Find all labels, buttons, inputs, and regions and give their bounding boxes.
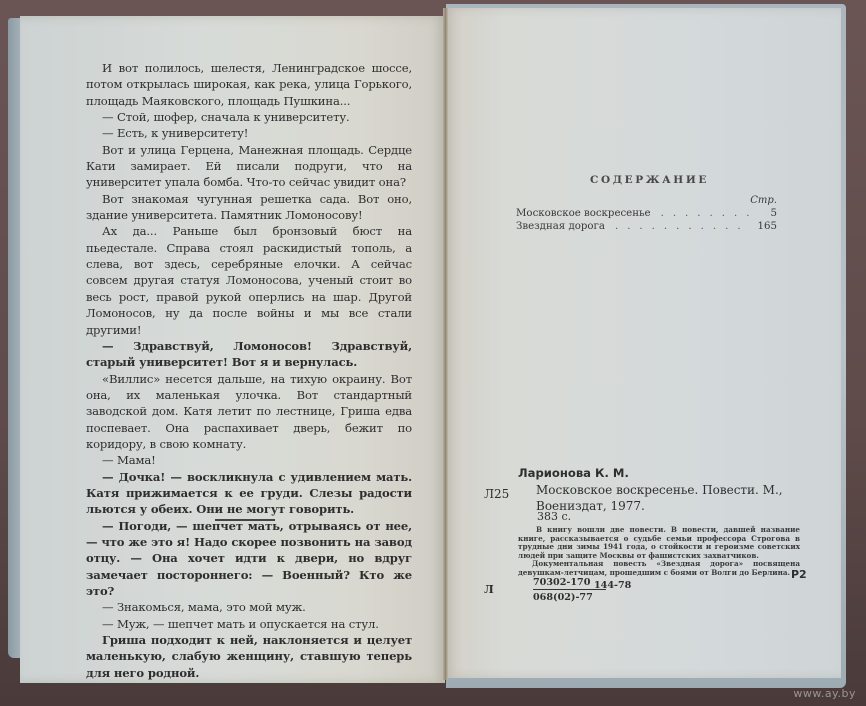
story-paragraph: — Здравствуй, Ломоносов! Здравствуй, ста… bbox=[86, 338, 412, 371]
toc-entry-leader: ........ bbox=[651, 208, 767, 221]
story-paragraph: — Есть, к университету! bbox=[86, 125, 412, 141]
story-paragraph: — Стой, шофер, сначала к университету. bbox=[86, 109, 412, 125]
toc-title: СОДЕРЖАНИЕ bbox=[522, 174, 777, 186]
toc-entry: Звездная дорога ........... 165 bbox=[516, 221, 777, 234]
toc-entry-title: Звездная дорога bbox=[516, 221, 605, 234]
story-text-block: И вот полилось, шелестя, Ленинградское ш… bbox=[86, 60, 412, 681]
annotation: В книгу вошли две повести. В повести, да… bbox=[518, 526, 800, 578]
table-of-contents: СОДЕРЖАНИЕ Стр. Московское воскресенье .… bbox=[516, 170, 777, 233]
toc-page-label: Стр. bbox=[516, 195, 777, 206]
book-spine-gutter bbox=[443, 8, 448, 680]
chapter-end-rule bbox=[215, 519, 275, 521]
toc-entry-page: 165 bbox=[758, 221, 777, 234]
fraction-denominator: 068(02)-77 bbox=[533, 590, 606, 603]
site-watermark: www.ay.by bbox=[793, 687, 856, 700]
toc-entry: Московское воскресенье ........ 5 bbox=[516, 208, 777, 221]
story-paragraph: И вот полилось, шелестя, Ленинградское ш… bbox=[86, 60, 412, 109]
fraction-suffix: 144-78 bbox=[594, 580, 631, 591]
story-paragraph: — Мама! bbox=[86, 452, 412, 468]
story-paragraph: Гриша подходит к ней, наклоняется и целу… bbox=[86, 632, 412, 681]
toc-entry-leader: ........... bbox=[605, 221, 754, 234]
annotation-paragraph: Документальная повесть «Звездная дорога»… bbox=[518, 560, 800, 577]
story-paragraph: — Знакомься, мама, это мой муж. bbox=[86, 599, 412, 615]
annotation-paragraph: В книгу вошли две повести. В повести, да… bbox=[518, 526, 800, 560]
story-paragraph: — Муж, — шепчет мать и опускается на сту… bbox=[86, 616, 412, 632]
story-paragraph: Ах да... Раньше был бронзовый бюст на пь… bbox=[86, 223, 412, 337]
story-paragraph: Вот знакомая чугунная решетка сада. Вот … bbox=[86, 191, 412, 224]
classification-code: Р2 bbox=[791, 568, 807, 581]
toc-entry-title: Московское воскресенье bbox=[516, 208, 651, 221]
book-title-line: Московское воскресенье. Повести. М., Вое… bbox=[536, 482, 798, 514]
author-name: Ларионова К. М. bbox=[518, 466, 629, 480]
index-letter: Л bbox=[484, 583, 494, 596]
library-code: Л25 bbox=[484, 487, 509, 501]
story-paragraph: Вот и улица Герцена, Манежная площадь. С… bbox=[86, 142, 412, 191]
story-paragraph: — Дочка! — воскликнула с удивлением мать… bbox=[86, 469, 412, 518]
story-paragraph: «Виллис» несется дальше, на тихую окраин… bbox=[86, 371, 412, 453]
toc-entry-page: 5 bbox=[771, 208, 777, 221]
story-paragraph: — Погоди, — шепчет мать, отрываясь от не… bbox=[86, 518, 412, 600]
page-count: 383 с. bbox=[537, 510, 571, 523]
